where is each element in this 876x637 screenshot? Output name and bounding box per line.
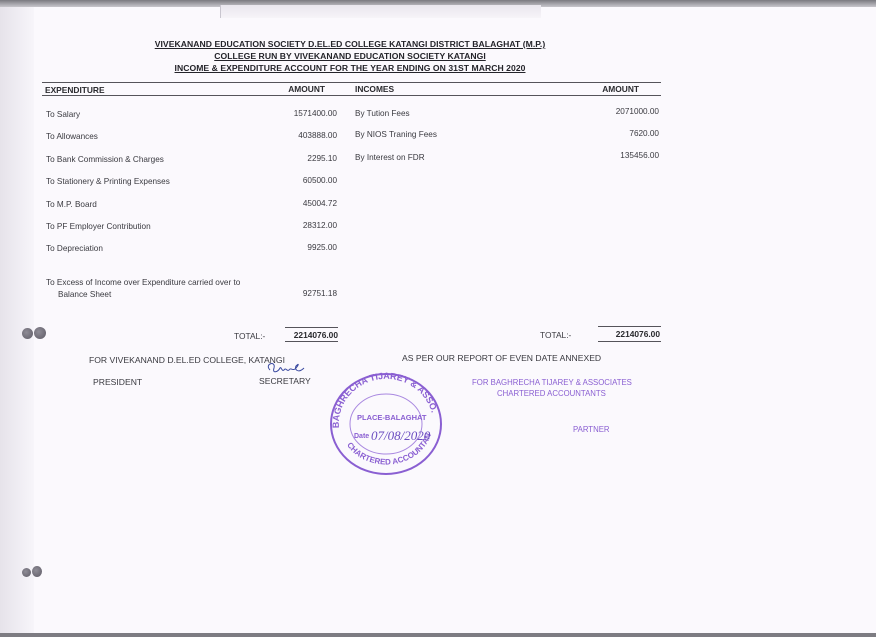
table-row-amount: 45004.72 [237,199,337,208]
table-header-rule [42,95,661,96]
table-row-amount: 2071000.00 [559,107,659,116]
table-row-label: To Salary [46,110,80,119]
income-expenditure-document: VIVEKANAND EDUCATION SOCIETY D.EL.ED COL… [0,0,876,637]
expenditure-total-value: 2214076.00 [270,330,338,340]
header-expenditure: EXPENDITURE [45,85,105,95]
table-row-amount: 60500.00 [237,176,337,185]
table-row-label: By Tution Fees [355,109,410,118]
college-signatory-line: FOR VIVEKANAND D.EL.ED COLLEGE, KATANGI [89,355,285,365]
table-row-label: By NIOS Traning Fees [355,130,437,139]
table-row-amount: 7620.00 [559,129,659,138]
report-reference-line: AS PER OUR REPORT OF EVEN DATE ANNEXED [402,353,601,363]
stamp-place: PLACE-BALAGHAT [357,413,427,422]
table-row-label: To PF Employer Contribution [46,222,151,231]
auditor-designation-line: CHARTERED ACCOUNTANTS [497,389,606,398]
table-row-label: To Depreciation [46,244,103,253]
table-row-label: To Excess of Income over Expenditure car… [46,278,240,287]
income-total-bottom-rule [598,341,661,342]
document-title-line-3: INCOME & EXPENDITURE ACCOUNT FOR THE YEA… [0,63,700,73]
secretary-signature-icon [262,360,310,380]
stamp-date-value: 07/08/2020 [371,428,431,443]
document-title-line-2: COLLEGE RUN BY VIVEKANAND EDUCATION SOCI… [0,51,700,61]
income-total-value: 2214076.00 [590,329,660,339]
table-row-amount: 92751.18 [237,289,337,298]
expenditure-total-top-rule [285,327,338,328]
table-row-label: To Allowances [46,132,98,141]
table-row-amount: 2295.10 [237,154,337,163]
table-row-amount: 1571400.00 [237,109,337,118]
table-row-amount: 28312.00 [237,221,337,230]
partner-label: PARTNER [573,425,610,434]
table-row-amount: 403888.00 [237,131,337,140]
header-expenditure-amount: AMOUNT [250,84,325,94]
table-row-label: By Interest on FDR [355,153,425,162]
header-incomes: INCOMES [355,84,394,94]
stamp-date-label: Date [354,433,369,440]
auditor-firm-line: FOR BAGHRECHA TIJAREY & ASSOCIATES [472,378,632,387]
table-row-label: To Bank Commission & Charges [46,155,164,164]
table-top-rule [42,82,661,83]
table-row-amount: 9925.00 [237,243,337,252]
income-total-top-rule [598,326,661,327]
income-total-label: TOTAL:- [540,330,571,340]
expenditure-total-label: TOTAL:- [234,331,265,341]
table-row-label-continued: Balance Sheet [58,290,111,299]
header-incomes-amount: AMOUNT [560,84,639,94]
president-label: PRESIDENT [93,377,142,387]
document-title-line-1: VIVEKANAND EDUCATION SOCIETY D.EL.ED COL… [0,39,700,49]
table-row-label: To Stationery & Printing Expenses [46,177,170,186]
table-row-amount: 135456.00 [559,151,659,160]
auditor-round-stamp-icon: BAGHRECHA TIJAREY & ASSO. CHARTERED ACCO… [327,368,445,476]
table-row-label: To M.P. Board [46,200,97,209]
expenditure-total-bottom-rule [285,341,338,342]
